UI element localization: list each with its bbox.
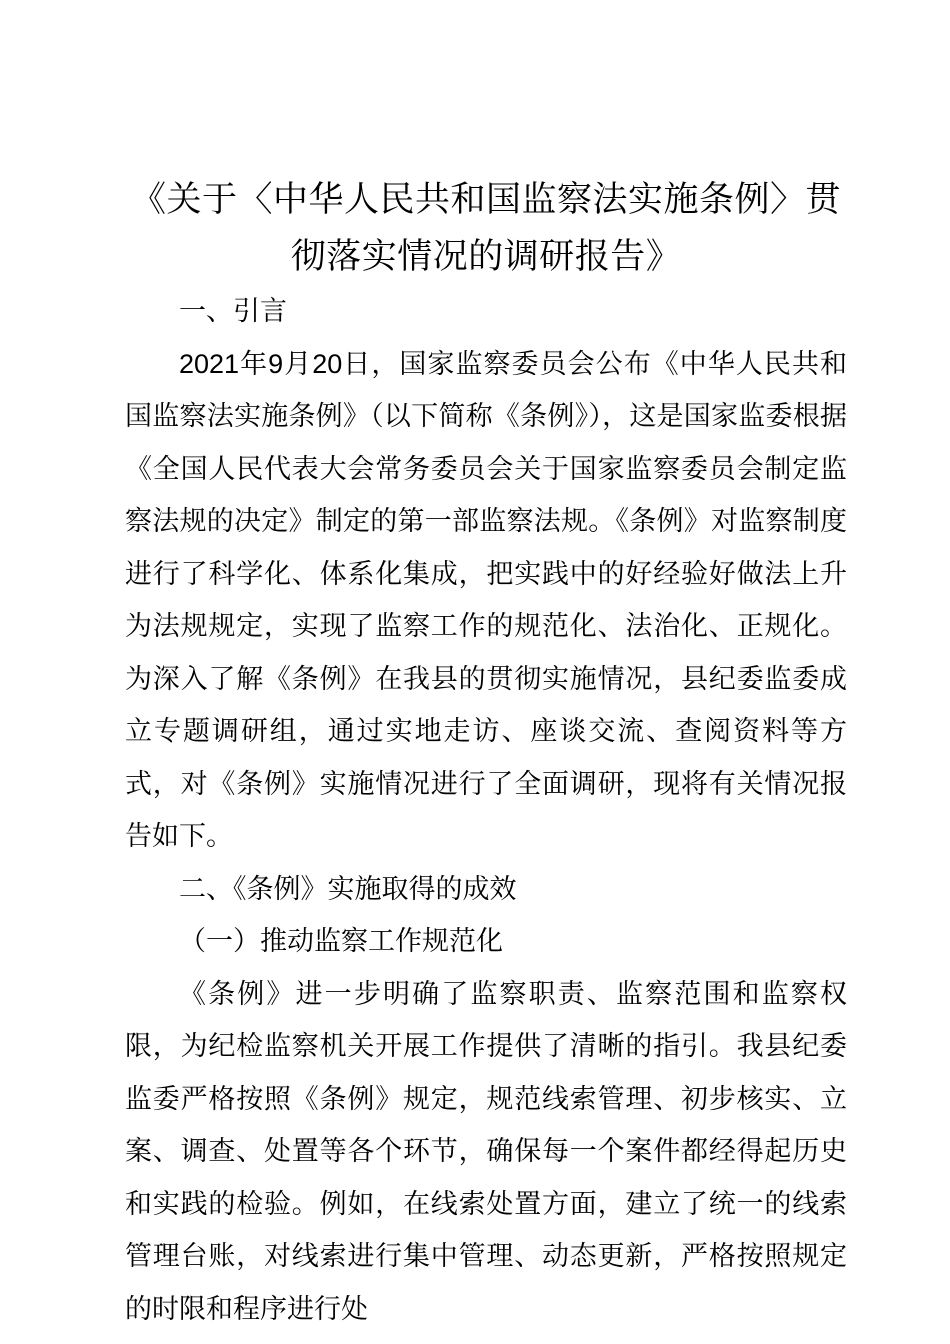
paragraph-standardization: 《条例》进一步明确了监察职责、监察范围和监察权限，为纪检监察机关开展工作提供了清… bbox=[125, 968, 847, 1336]
document-page: 《关于〈中华人民共和国监察法实施条例〉贯彻落实情况的调研报告》 一、引言 202… bbox=[0, 0, 950, 1344]
document-title: 《关于〈中华人民共和国监察法实施条例〉贯彻落实情况的调研报告》 bbox=[125, 171, 847, 285]
subsection-heading-standardization: （一）推动监察工作规范化 bbox=[125, 915, 847, 968]
section-heading-introduction: 一、引言 bbox=[125, 285, 847, 338]
section-heading-achievements: 二、《条例》实施取得的成效 bbox=[125, 863, 847, 916]
document-body: 一、引言 2021年9月20日，国家监察委员会公布《中华人民共和国监察法实施条例… bbox=[125, 285, 847, 1335]
paragraph-introduction: 2021年9月20日，国家监察委员会公布《中华人民共和国监察法实施条例》（以下简… bbox=[125, 338, 847, 863]
